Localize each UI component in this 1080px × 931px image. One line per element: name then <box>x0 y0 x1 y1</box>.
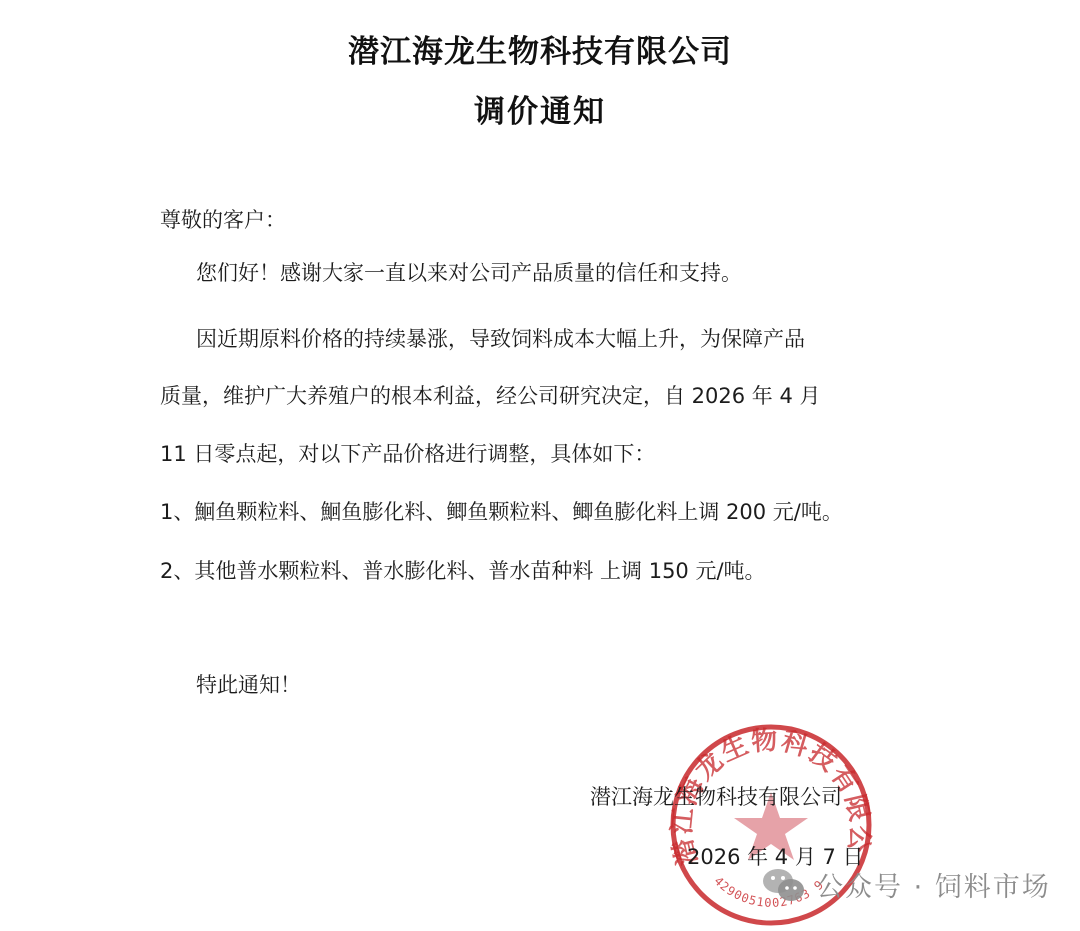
signature-company: 潜江海龙生物科技有限公司 <box>590 783 842 811</box>
price-item-2: 2、其他普水颗粒料、普水膨化料、普水苗种料 上调 150 元/吨。 <box>160 557 766 585</box>
company-title: 潜江海龙生物科技有限公司 <box>0 26 1080 71</box>
body-line-1: 因近期原料价格的持续暴涨，导致饲料成本大幅上升，为保障产品 <box>196 325 805 353</box>
body-line-2: 质量，维护广大养殖户的根本利益，经公司研究决定，自 2026 年 4 月 <box>160 382 821 410</box>
price-item-1: 1、鮰鱼颗粒料、鮰鱼膨化料、鲫鱼颗粒料、鲫鱼膨化料上调 200 元/吨。 <box>160 498 843 526</box>
body-line-3: 11 日零点起，对以下产品价格进行调整，具体如下： <box>160 440 655 468</box>
notice-title: 调价通知 <box>0 86 1080 131</box>
greeting-paragraph: 您们好！感谢大家一直以来对公司产品质量的信任和支持。 <box>196 259 742 287</box>
watermark-text: 公众号 · 饲料市场 <box>816 865 1051 904</box>
wechat-watermark: 公众号 · 饲料市场 <box>762 865 1051 904</box>
price-adjustment-notice: 潜江海龙生物科技有限公司 调价通知 尊敬的客户： 您们好！感谢大家一直以来对公司… <box>0 0 1080 931</box>
salutation: 尊敬的客户： <box>160 206 286 234</box>
closing-line: 特此通知！ <box>196 671 301 699</box>
wechat-icon <box>762 867 806 903</box>
